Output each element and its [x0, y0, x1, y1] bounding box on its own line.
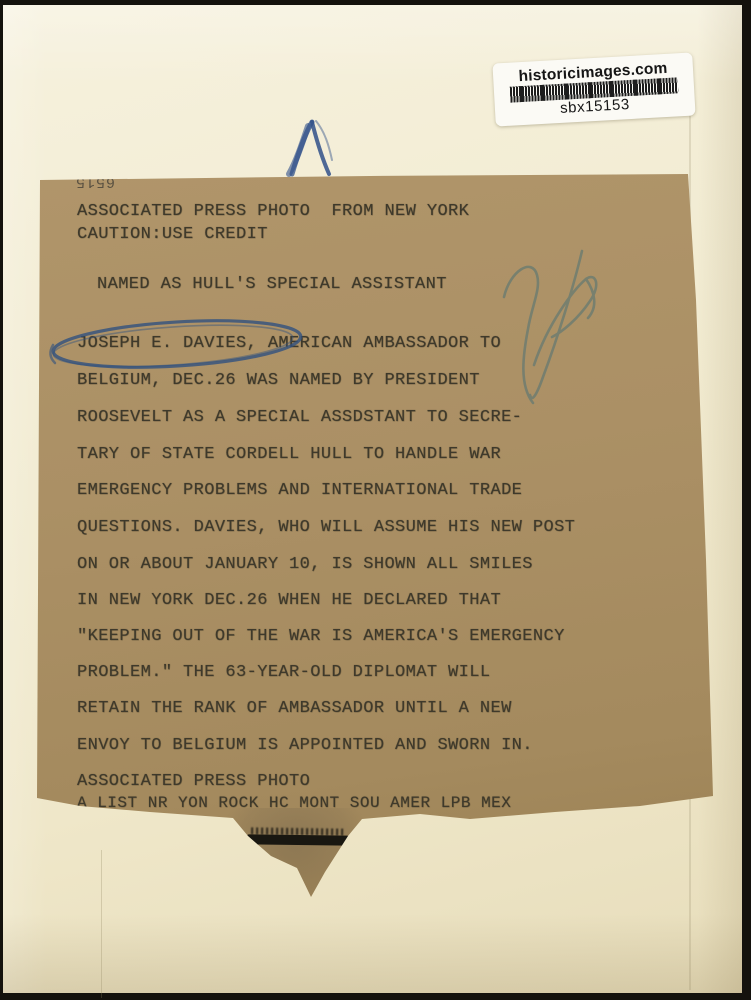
caption-slip: 6515 ASSOCIATED PRESS PHOTO FROM NEW YOR… — [35, 172, 715, 904]
body-line: ROOSEVELT AS A SPECIAL ASSDSTANT TO SECR… — [77, 408, 522, 427]
footer-credit-line: ASSOCIATED PRESS PHOTO — [77, 772, 310, 791]
body-line: IN NEW YORK DEC.26 WHEN HE DECLARED THAT — [77, 591, 501, 610]
body-line: RETAIN THE RANK OF AMBASSADOR UNTIL A NE… — [77, 699, 512, 718]
pencil-note-icon — [490, 245, 625, 410]
body-line: EMERGENCY PROBLEMS AND INTERNATIONAL TRA… — [77, 481, 522, 500]
body-line: JOSEPH E. DAVIES, AMERICAN AMBASSADOR TO — [77, 334, 501, 353]
header-line-1: ASSOCIATED PRESS PHOTO FROM NEW YORK — [77, 202, 469, 221]
ink-smear-mark — [247, 834, 349, 845]
body-line: PROBLEM." THE 63-YEAR-OLD DIPLOMAT WILL — [77, 663, 490, 682]
body-line: "KEEPING OUT OF THE WAR IS AMERICA'S EME… — [77, 627, 565, 646]
body-line: BELGIUM, DEC.26 WAS NAMED BY PRESIDENT — [77, 371, 480, 390]
header-line-2: CAUTION:USE CREDIT — [77, 225, 268, 244]
inventory-sticker: historicimages.com sbx15153 — [492, 52, 695, 126]
press-photo-back-scan: 6515 ASSOCIATED PRESS PHOTO FROM NEW YOR… — [0, 0, 751, 1000]
body-line: ON OR ABOUT JANUARY 10, IS SHOWN ALL SMI… — [77, 555, 533, 574]
body-line: ENVOY TO BELGIUM IS APPOINTED AND SWORN … — [77, 736, 533, 755]
caption-headline: NAMED AS HULL'S SPECIAL ASSISTANT — [97, 275, 447, 294]
sticker-code-label: sbx15153 — [560, 97, 631, 116]
backing-crease — [101, 850, 102, 998]
body-line: TARY OF STATE CORDELL HULL TO HANDLE WAR — [77, 445, 501, 464]
footer-routing-line: A LIST NR YON ROCK HC MONT SOU AMER LPB … — [77, 794, 511, 813]
body-line: QUESTIONS. DAVIES, WHO WILL ASSUME HIS N… — [77, 518, 575, 537]
